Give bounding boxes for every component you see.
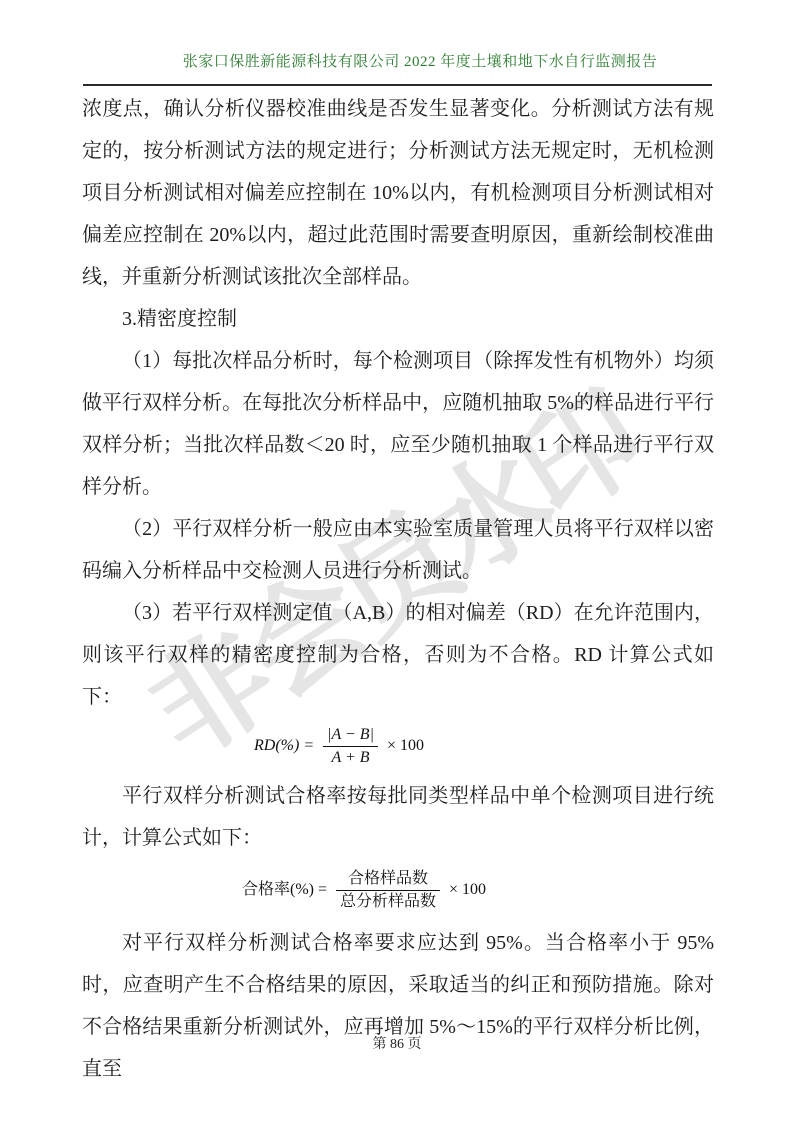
formula-rd-denominator: A + B (323, 746, 378, 769)
page-number: 第 86 页 (373, 1037, 422, 1052)
formula-pass-rate-fraction: 合格样品数 总分析样品数 (336, 868, 440, 913)
paragraph-calibration-control: 浓度点，确认分析仪器校准曲线是否发生显著变化。分析测试方法有规定的，按分析测试方… (82, 88, 714, 298)
paragraph-pass-rate-intro: 平行双样分析测试合格率按每批同类型样品中单个检测项目进行统计，计算公式如下： (82, 775, 714, 859)
paragraph-item-3: （3）若平行双样测定值（A,B）的相对偏差（RD）在允许范围内，则该平行双样的精… (82, 592, 714, 718)
header-divider-line (83, 84, 712, 86)
formula-pass-rate-lhs: 合格率(%) = (242, 881, 327, 898)
formula-pass-rate: 合格率(%) = 合格样品数 总分析样品数 × 100 (242, 868, 714, 913)
formula-pass-rate-denominator: 总分析样品数 (336, 890, 440, 913)
paragraph-item-1: （1）每批次样品分析时，每个检测项目（除挥发性有机物外）均须做平行双样分析。在每… (82, 340, 714, 508)
paragraph-item-2: （2）平行双样分析一般应由本实验室质量管理人员将平行双样以密码编入分析样品中交检… (82, 508, 714, 592)
formula-rd-fraction: |A − B| A + B (323, 724, 378, 769)
formula-rd-multiplier: × 100 (387, 737, 424, 754)
document-page: 非会员水印 张家口保胜新能源科技有限公司 2022 年度土壤和地下水自行监测报告… (0, 0, 794, 1123)
page-header-title: 张家口保胜新能源科技有限公司 2022 年度土壤和地下水自行监测报告 (95, 50, 745, 71)
heading-precision-control: 3.精密度控制 (82, 298, 714, 340)
document-body: 浓度点，确认分析仪器校准曲线是否发生显著变化。分析测试方法有规定的，按分析测试方… (82, 88, 714, 1090)
formula-pass-rate-numerator: 合格样品数 (336, 868, 440, 890)
paragraph-requirement: 对平行双样分析测试合格率要求应达到 95%。当合格率小于 95%时，应查明产生不… (82, 922, 714, 1090)
page-footer: 第 86 页 (0, 1033, 794, 1053)
formula-pass-rate-multiplier: × 100 (449, 881, 486, 898)
formula-rd-numerator: |A − B| (323, 724, 378, 746)
formula-rd: RD(%) = |A − B| A + B × 100 (254, 724, 714, 769)
formula-rd-lhs: RD(%) = (254, 737, 314, 754)
